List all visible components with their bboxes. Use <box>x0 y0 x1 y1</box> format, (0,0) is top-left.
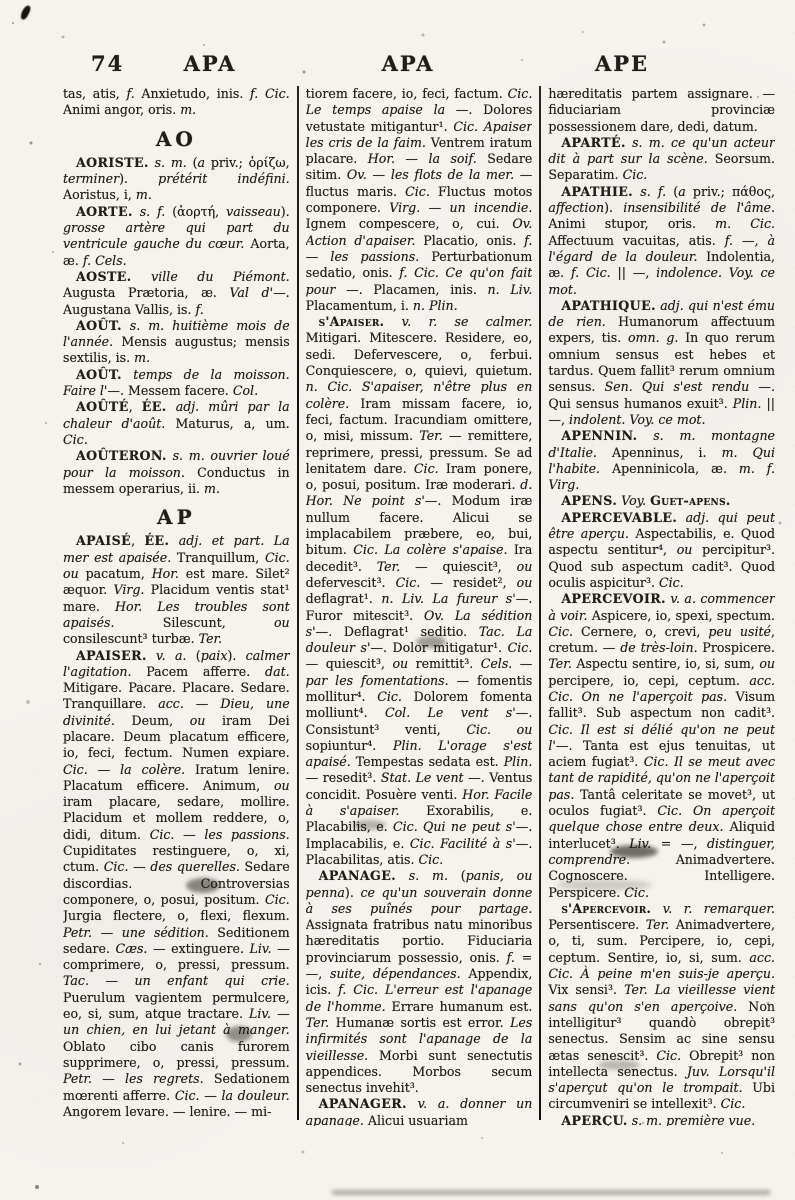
entry-apathique: APATHIQUE. adj. qui n'est ému de rien. H… <box>548 298 775 428</box>
entry-s-apercevoir: s'Apercevoir. v. r. remarquer. Persentis… <box>548 901 775 1113</box>
column-3: hæreditatis partem assignare. — fiduciar… <box>548 86 775 1126</box>
scan-artifact-bottom-edge <box>332 1190 770 1195</box>
entry-aout-mois: AOÛT. s. m. huitième mois de l'année. Me… <box>63 318 290 367</box>
entry-apanager: APANAGER. v. a. donner un apanage. Alicu… <box>306 1096 533 1126</box>
entry-aorte: AORTE. s. f. (ἀορτή, vaisseau). grosse a… <box>63 204 290 269</box>
ink-smudge <box>226 1026 252 1042</box>
text-columns: tas, atis, f. Anxietudo, inis. f. Cic. A… <box>63 86 775 1126</box>
scan-artifact-corner <box>19 4 31 21</box>
ink-smudge <box>556 880 652 890</box>
ink-smudge <box>610 845 658 858</box>
continuation-apanager: hæreditatis partem assignare. — fiduciar… <box>548 86 775 135</box>
entry-apercu: APERÇU. s. m. première vue. <box>548 1113 775 1126</box>
ink-smudge <box>598 1060 640 1070</box>
running-head-left: APA <box>140 51 280 76</box>
column-divider-2 <box>539 86 541 1120</box>
entry-aouteron: AOÛTERON. s. m. ouvrier loué pour la moi… <box>63 448 290 497</box>
entry-aoste: AOSTE. ville du Piémont. Augusta Prætori… <box>63 269 290 318</box>
entry-apennin: APENNIN. s. m. montagne d'Italie. Apenni… <box>548 428 775 493</box>
continuation-anxietas: tas, atis, f. Anxietudo, inis. f. Cic. A… <box>63 86 290 119</box>
entry-apaiser: APAISER. v. a. (paix). calmer l'agitatio… <box>63 648 290 1121</box>
entry-aparte: APARTÉ. s. m. ce qu'un acteur dit à part… <box>548 135 775 184</box>
ink-smudge <box>352 820 386 830</box>
entry-aout-moisson: AOÛT. temps de la moisson. Faire l'—. Me… <box>63 367 290 400</box>
ink-smudge <box>186 878 220 893</box>
entry-apanage: APANAGE. s. m. (panis, ou penna). ce qu'… <box>306 868 533 1096</box>
entry-apathie: APATHIE. s. f. (a priv.; πάθος, affectio… <box>548 184 775 298</box>
section-heading-ap: AP <box>63 509 290 525</box>
page-number: 74 <box>91 51 124 76</box>
column-1: tas, atis, f. Anxietudo, inis. f. Cic. A… <box>63 86 290 1126</box>
section-heading-ao: AO <box>63 131 290 147</box>
entry-aoute: AOÛTÉ, ÉE. adj. mûri par la chaleur d'ao… <box>63 399 290 448</box>
entry-apercevoir: APERCEVOIR. v. a. commencer à voir. Aspi… <box>548 591 775 901</box>
dictionary-page-scan: 74 APA APA APE tas, atis, f. Anxietudo, … <box>0 0 795 1200</box>
scan-specks <box>0 0 2 2</box>
entry-apercevable: APERCEVABLE. adj. qui peut être aperçu. … <box>548 510 775 591</box>
entry-aoriste: AORISTE. s. m. (a priv.; ὁρίζω, terminer… <box>63 155 290 204</box>
running-head-center: APA <box>338 51 478 76</box>
entry-apaise: APAISÉ, ÉE. adj. et part. La mer est apa… <box>63 533 290 647</box>
entry-s-apaiser: s'Apaiser. v. r. se calmer. Mitigari. Mi… <box>306 314 533 868</box>
column-2: tiorem facere, io, feci, factum. Cic. Le… <box>306 86 533 1126</box>
column-divider-1 <box>297 86 299 1120</box>
continuation-apaiser: tiorem facere, io, feci, factum. Cic. Le… <box>306 86 533 314</box>
entry-apens: APENS. Voy. Guet-apens. <box>548 493 775 509</box>
ink-smudge <box>416 636 446 648</box>
running-head-right: APE <box>552 51 692 76</box>
